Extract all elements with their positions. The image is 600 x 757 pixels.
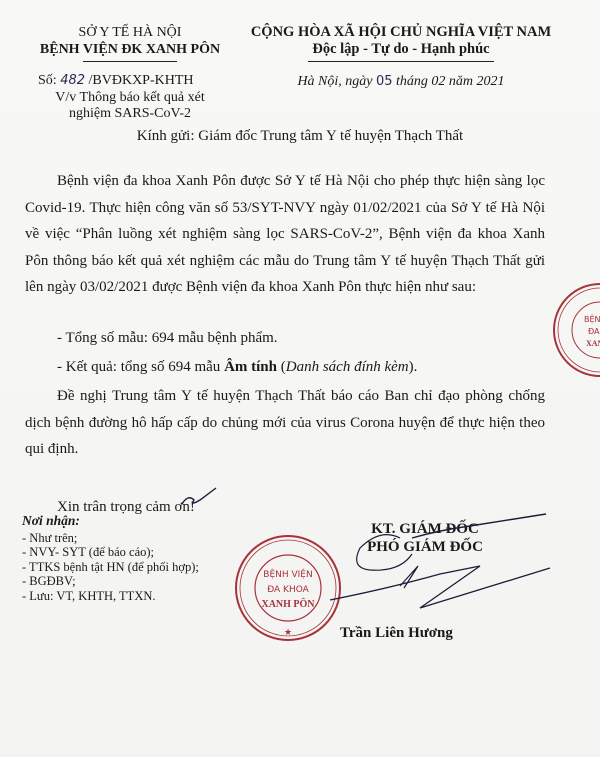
recipient-item: - Lưu: VT, KHTH, TTXN. bbox=[22, 589, 199, 604]
svg-text:★: ★ bbox=[284, 627, 292, 637]
result-item-outcome: - Kết quả: tổng số 694 mẫu Âm tính (Danh… bbox=[57, 359, 417, 376]
recipients-title: Nơi nhận: bbox=[22, 514, 199, 529]
header-rule-right bbox=[308, 61, 494, 62]
svg-text:ĐA KH: ĐA KH bbox=[588, 327, 600, 336]
agency-name: SỞ Y TẾ HÀ NỘI bbox=[20, 24, 240, 41]
date-prefix: Hà Nội, ngày bbox=[297, 74, 372, 89]
recipient-item: - TTKS bệnh tật HN (để phối hợp); bbox=[22, 560, 199, 575]
recipient-item: - BGĐBV; bbox=[22, 574, 199, 589]
subject-block: V/v Thông báo kết quả xét nghiệm SARS-Co… bbox=[20, 90, 240, 122]
recipients-block: Nơi nhận: - Như trên; - NVY- SYT (để báo… bbox=[22, 514, 199, 603]
national-motto: Độc lập - Tự do - Hạnh phúc bbox=[236, 41, 566, 58]
page-edge-seal-icon: BỆNH V ĐA KH XANH bbox=[540, 280, 600, 380]
organization-name: BỆNH VIỆN ĐK XANH PÔN bbox=[20, 41, 240, 58]
document-date: Hà Nội, ngày 05 tháng 02 năm 2021 bbox=[236, 74, 566, 90]
doc-number-label: Số: bbox=[38, 73, 57, 88]
document-page: SỞ Y TẾ HÀ NỘI BỆNH VIỆN ĐK XANH PÔN Số:… bbox=[0, 0, 600, 757]
result-item-total: - Tổng số mẫu: 694 mẫu bệnh phẩm. bbox=[57, 330, 278, 347]
result-negative: Âm tính bbox=[224, 359, 277, 375]
doc-number-suffix: /BVĐKXP-KHTH bbox=[89, 73, 194, 88]
handwritten-signature-icon bbox=[300, 508, 560, 618]
doc-number-handwritten: 482 bbox=[60, 73, 85, 88]
initial-mark-icon bbox=[178, 486, 218, 508]
document-number: Số: 482 /BVĐKXP-KHTH bbox=[38, 73, 194, 89]
attachment-note: Danh sách đính kèm bbox=[286, 359, 409, 375]
addressee: Kính gửi: Giám đốc Trung tâm Y tế huyện … bbox=[0, 128, 600, 145]
body-paragraph-1: Bệnh viện đa khoa Xanh Pôn được Sở Y tế … bbox=[25, 168, 545, 301]
nation-title: CỘNG HÒA XÃ HỘI CHỦ NGHĨA VIỆT NAM bbox=[236, 24, 566, 41]
date-suffix: tháng 02 năm 2021 bbox=[396, 74, 505, 89]
subject-line-2: nghiệm SARS-CoV-2 bbox=[20, 106, 240, 122]
date-day-handwritten: 05 bbox=[376, 74, 393, 89]
svg-text:XANH: XANH bbox=[586, 339, 600, 348]
subject-line-1: V/v Thông báo kết quả xét bbox=[20, 90, 240, 106]
recipient-item: - Như trên; bbox=[22, 531, 199, 546]
issuer-block: SỞ Y TẾ HÀ NỘI BỆNH VIỆN ĐK XANH PÔN bbox=[20, 24, 240, 62]
svg-text:BỆNH V: BỆNH V bbox=[584, 313, 600, 325]
recipient-item: - NVY- SYT (để báo cáo); bbox=[22, 545, 199, 560]
header-rule-left bbox=[83, 61, 177, 62]
national-header: CỘNG HÒA XÃ HỘI CHỦ NGHĨA VIỆT NAM Độc l… bbox=[236, 24, 566, 62]
signer-name: Trần Liên Hương bbox=[340, 625, 453, 642]
body-paragraph-2: Đề nghị Trung tâm Y tế huyện Thạch Thất … bbox=[25, 383, 545, 463]
